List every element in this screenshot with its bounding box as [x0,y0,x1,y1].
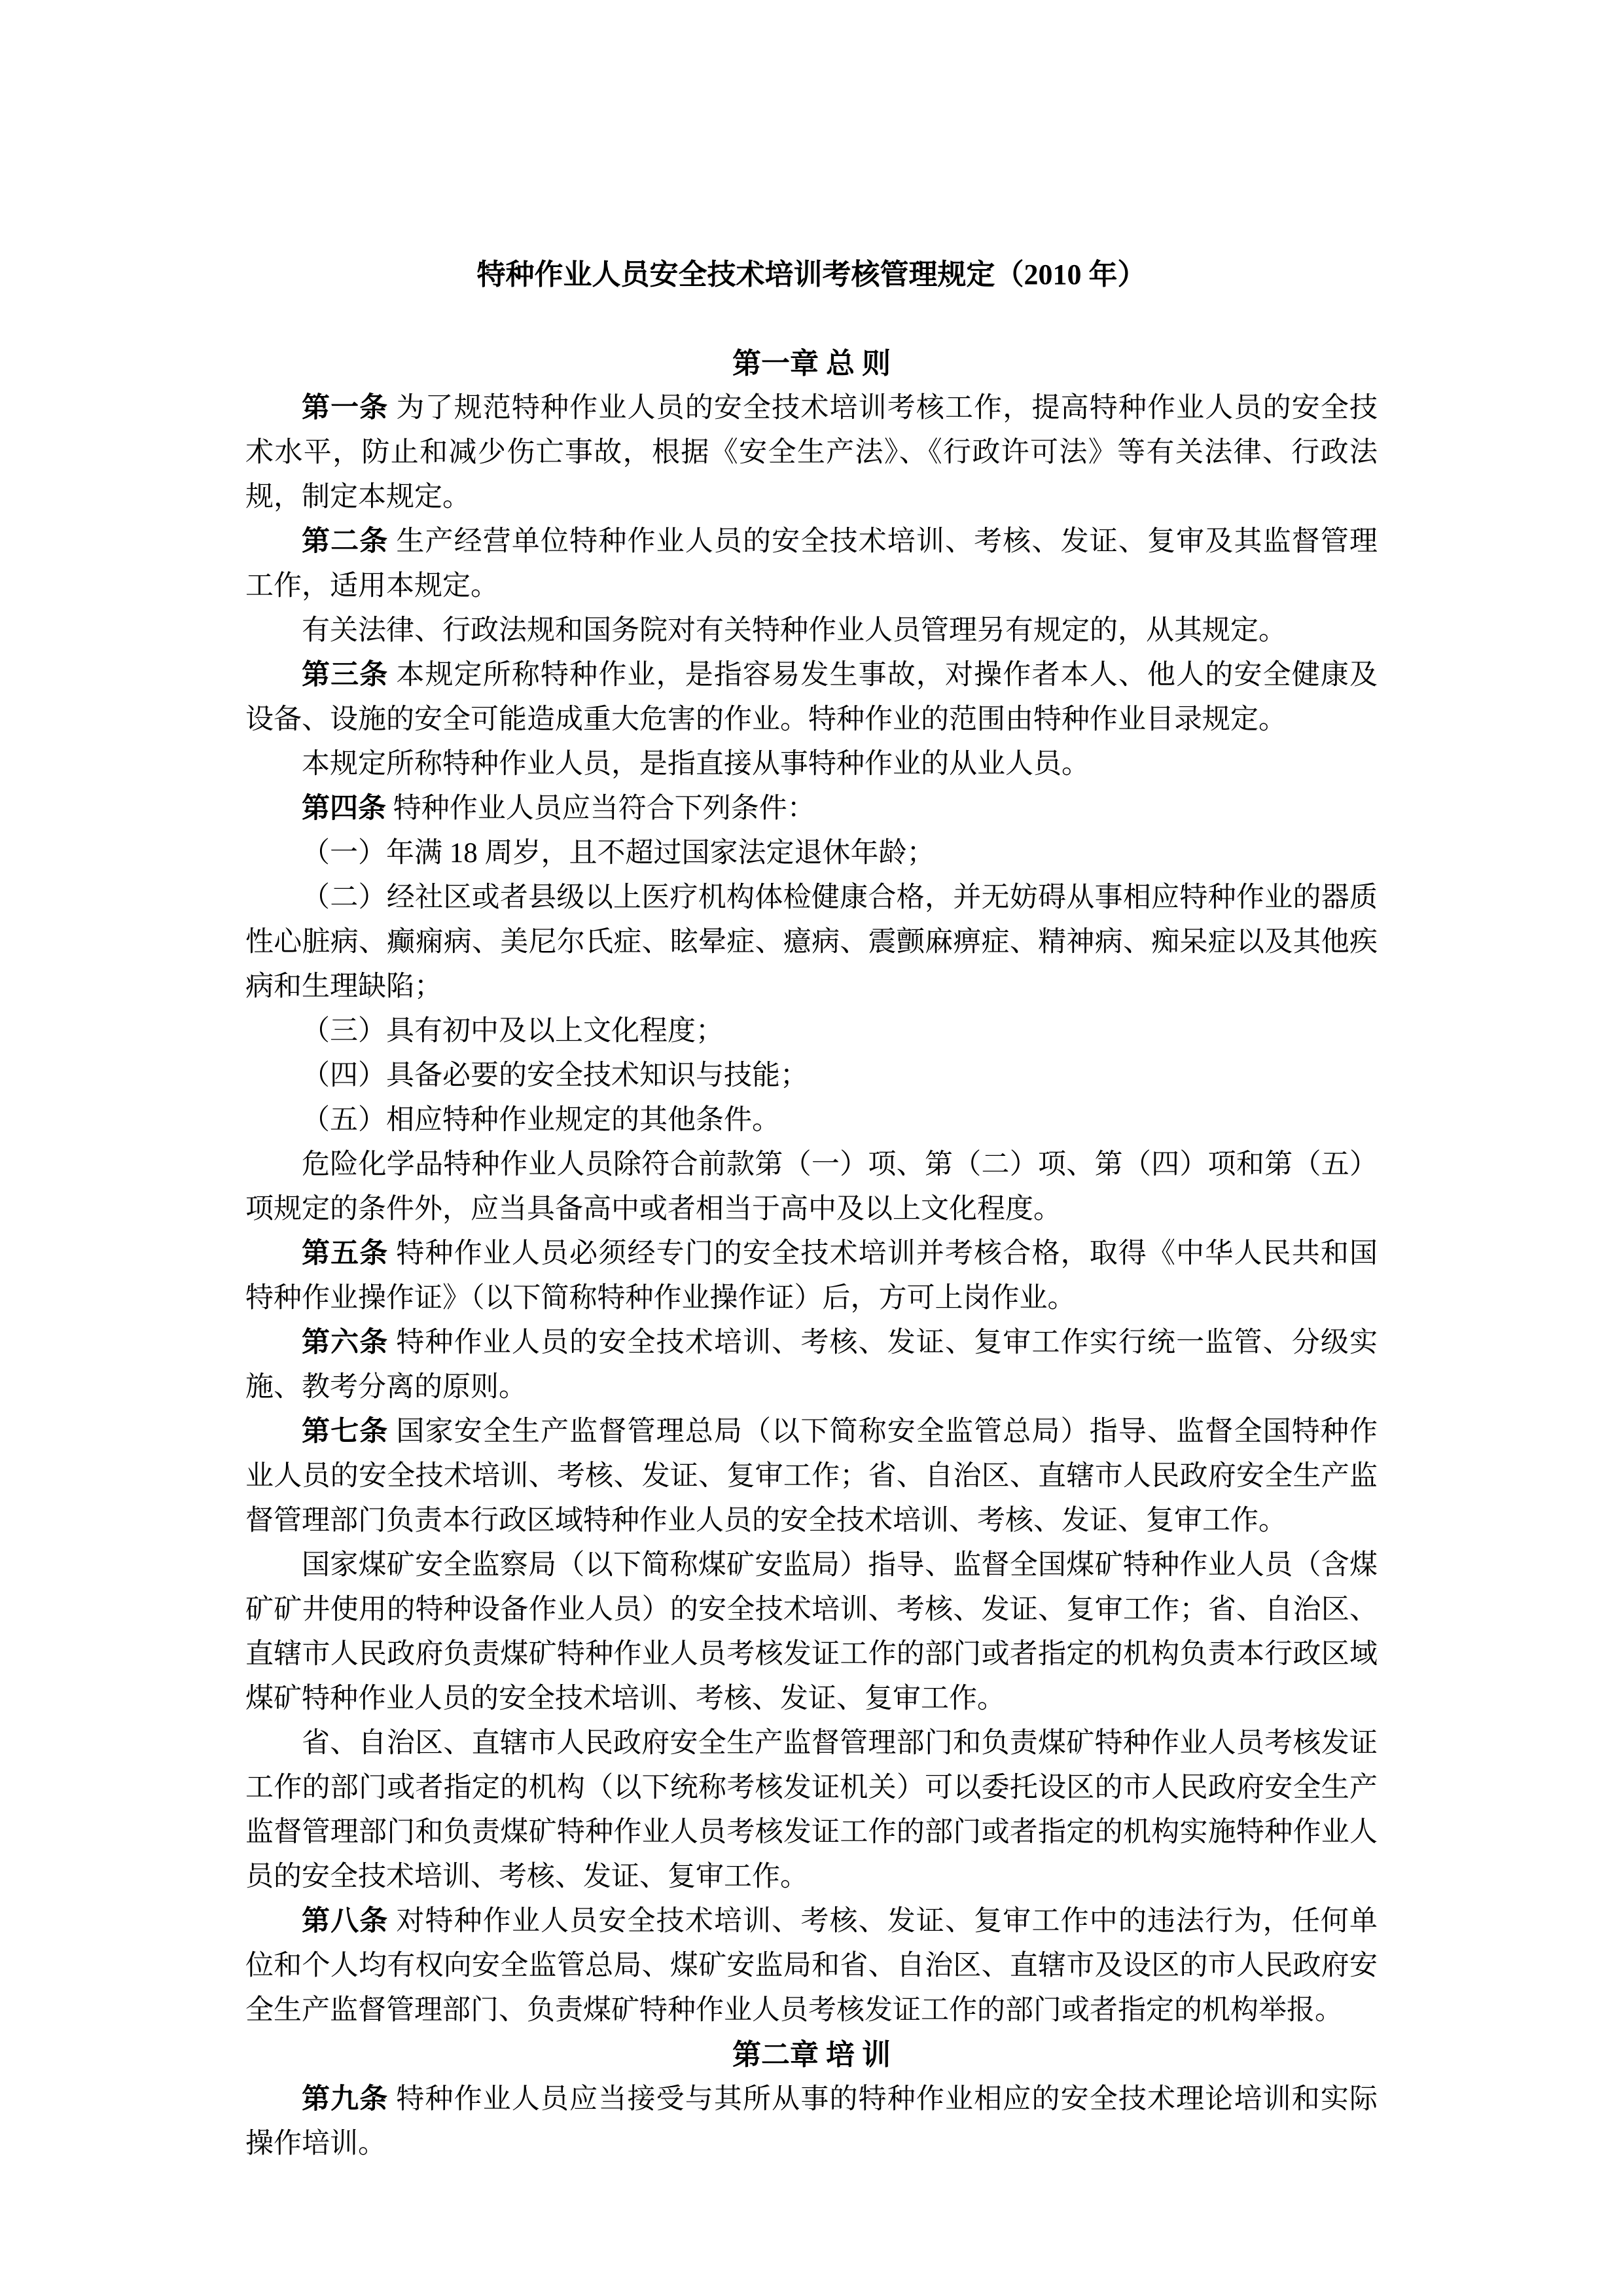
document-page: 特种作业人员安全技术培训考核管理规定（2010 年） 第一章 总 则 第一条 为… [0,0,1623,2296]
paragraph-text: 特种作业人员应当符合下列条件： [386,793,815,824]
article-number: 第三条 [302,660,388,691]
paragraph: 省、自治区、直辖市人民政府安全生产监督管理部门和负责煤矿特种作业人员考核发证工作… [245,1721,1378,1899]
paragraph-text: 本规定所称特种作业，是指容易发生事故，对操作者本人、他人的安全健康及设备、设施的… [245,660,1378,735]
article-number: 第二条 [302,526,388,557]
paragraph-article-2: 第二条 生产经营单位特种作业人员的安全技术培训、考核、发证、复审及其监督管理工作… [245,520,1378,609]
list-item-5: （五）相应特种作业规定的其他条件。 [245,1098,1378,1143]
paragraph-text: （三）具有初中及以上文化程度； [302,1016,724,1047]
paragraph-article-4: 第四条 特种作业人员应当符合下列条件： [245,787,1378,831]
paragraph-article-7: 第七条 国家安全生产监督管理总局（以下简称安全监管总局）指导、监督全国特种作业人… [245,1410,1378,1543]
paragraph-article-9: 第九条 特种作业人员应当接受与其所从事的特种作业相应的安全技术理论培训和实际操作… [245,2077,1378,2166]
paragraph-text: 特种作业人员的安全技术培训、考核、发证、复审工作实行统一监管、分级实施、教考分离… [245,1327,1378,1403]
paragraph-article-1: 第一条 为了规范特种作业人员的安全技术培训考核工作，提高特种作业人员的安全技术水… [245,386,1378,520]
paragraph-text: （四）具备必要的安全技术知识与技能； [302,1060,808,1091]
article-number: 第一条 [302,393,388,423]
paragraph-text: （一）年满 18 周岁，且不超过国家法定退休年龄； [302,838,935,869]
article-number: 第四条 [302,793,386,824]
article-number: 第六条 [302,1327,388,1358]
list-item-3: （三）具有初中及以上文化程度； [245,1009,1378,1054]
paragraph-text: 国家煤矿安全监察局（以下简称煤矿安监局）指导、监督全国煤矿特种作业人员（含煤矿矿… [245,1550,1378,1714]
paragraph-text: 对特种作业人员安全技术培训、考核、发证、复审工作中的违法行为，任何单位和个人均有… [245,1906,1378,2026]
list-item-1: （一）年满 18 周岁，且不超过国家法定退休年龄； [245,831,1378,876]
article-number: 第五条 [302,1238,388,1269]
document-title: 特种作业人员安全技术培训考核管理规定（2010 年） [245,253,1378,297]
paragraph-text: 省、自治区、直辖市人民政府安全生产监督管理部门和负责煤矿特种作业人员考核发证工作… [245,1728,1378,1892]
paragraph-text: 本规定所称特种作业人员，是指直接从事特种作业的从业人员。 [302,749,1090,780]
paragraph-article-6: 第六条 特种作业人员的安全技术培训、考核、发证、复审工作实行统一监管、分级实施、… [245,1321,1378,1410]
paragraph-text: 生产经营单位特种作业人员的安全技术培训、考核、发证、复审及其监督管理工作，适用本… [245,526,1378,601]
chapter-1-heading: 第一章 总 则 [245,342,1378,386]
paragraph-text: 为了规范特种作业人员的安全技术培训考核工作，提高特种作业人员的安全技术水平，防止… [245,393,1378,512]
paragraph-text: （二）经社区或者县级以上医疗机构体检健康合格，并无妨碍从事相应特种作业的器质性心… [245,882,1378,1002]
paragraph: 危险化学品特种作业人员除符合前款第（一）项、第（二）项、第（四）项和第（五）项规… [245,1143,1378,1232]
article-number: 第九条 [302,2084,388,2115]
list-item-2: （二）经社区或者县级以上医疗机构体检健康合格，并无妨碍从事相应特种作业的器质性心… [245,876,1378,1009]
paragraph-article-3: 第三条 本规定所称特种作业，是指容易发生事故，对操作者本人、他人的安全健康及设备… [245,653,1378,742]
paragraph-text: 特种作业人员必须经专门的安全技术培训并考核合格，取得《中华人民共和国特种作业操作… [245,1238,1378,1314]
chapter-2-heading: 第二章 培 训 [245,2033,1378,2077]
list-item-4: （四）具备必要的安全技术知识与技能； [245,1054,1378,1098]
paragraph-text: 国家安全生产监督管理总局（以下简称安全监管总局）指导、监督全国特种作业人员的安全… [245,1416,1378,1536]
paragraph-article-8: 第八条 对特种作业人员安全技术培训、考核、发证、复审工作中的违法行为，任何单位和… [245,1899,1378,2033]
paragraph-text: 特种作业人员应当接受与其所从事的特种作业相应的安全技术理论培训和实际操作培训。 [245,2084,1378,2159]
article-number: 第七条 [302,1416,388,1447]
paragraph-text: （五）相应特种作业规定的其他条件。 [302,1105,780,1136]
paragraph: 本规定所称特种作业人员，是指直接从事特种作业的从业人员。 [245,742,1378,787]
paragraph: 有关法律、行政法规和国务院对有关特种作业人员管理另有规定的，从其规定。 [245,609,1378,653]
paragraph-text: 危险化学品特种作业人员除符合前款第（一）项、第（二）项、第（四）项和第（五）项规… [245,1149,1378,1225]
article-number: 第八条 [302,1906,388,1937]
paragraph: 国家煤矿安全监察局（以下简称煤矿安监局）指导、监督全国煤矿特种作业人员（含煤矿矿… [245,1543,1378,1721]
paragraph-text: 有关法律、行政法规和国务院对有关特种作业人员管理另有规定的，从其规定。 [302,615,1287,646]
paragraph-article-5: 第五条 特种作业人员必须经专门的安全技术培训并考核合格，取得《中华人民共和国特种… [245,1232,1378,1321]
